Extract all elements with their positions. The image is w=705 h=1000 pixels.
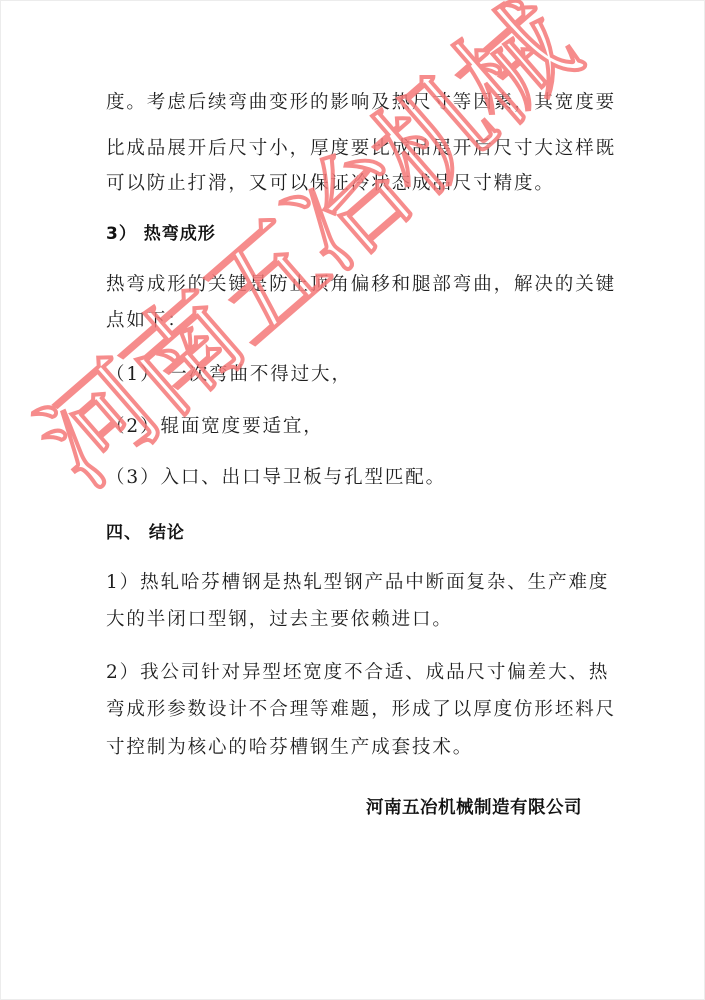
intro-line-1: 度。考虑后续弯曲变形的影响及热尺寸等因素，其宽度要 [106,88,616,114]
key-point-2: （2）辊面宽度要适宜， [106,412,324,438]
key-point-1: （1） 一次弯曲不得过大， [106,360,352,386]
key-point-3: （3）入口、出口导卫板与孔型匹配。 [106,463,446,489]
intro-line-3: 可以防止打滑，又可以保证冷状态成品尺寸精度。 [106,169,555,195]
hot-bending-line-1: 热弯成形的关键是防止顶角偏移和腿部弯曲，解决的关键 [106,270,616,296]
hot-bending-line-2: 点如下： [106,306,188,332]
section-heading-conclusion: 四、 结论 [106,518,185,543]
conclusion-2-line-2: 弯成形参数设计不合理等难题，形成了以厚度仿形坯料尺 [106,695,616,721]
intro-line-2: 比成品展开后尺寸小，厚度要比成品展开后尺寸大这样既 [106,134,616,160]
company-signature: 河南五冶机械制造有限公司 [366,794,582,819]
conclusion-2-line-3: 寸控制为核心的哈芬槽钢生产成套技术。 [106,733,473,759]
document-page: 度。考虑后续弯曲变形的影响及热尺寸等因素，其宽度要 比成品展开后尺寸小，厚度要比… [0,0,705,1000]
section-heading-hot-bending: 3） 热弯成形 [106,219,216,244]
conclusion-1-line-2: 大的半闭口型钢，过去主要依赖进口。 [106,605,453,631]
conclusion-2-line-1: 2）我公司针对异型坯宽度不合适、成品尺寸偏差大、热 [106,658,609,684]
conclusion-1-line-1: 1）热轧哈芬槽钢是热轧型钢产品中断面复杂、生产难度 [106,568,609,594]
